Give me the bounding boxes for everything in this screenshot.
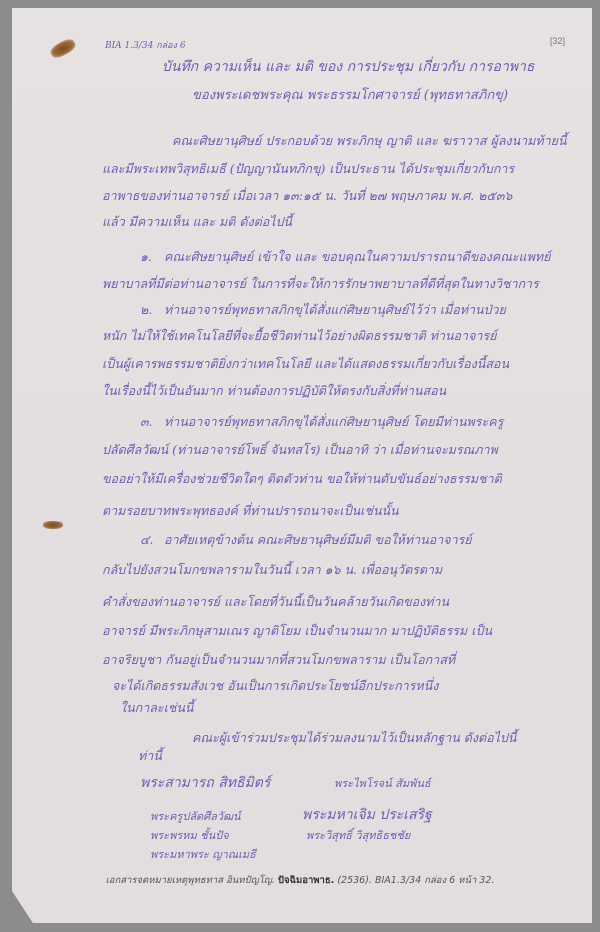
item-4-line: คำสั่งของท่านอาจารย์ และโดยที่วันนี้เป็น… [102,596,449,609]
intro-line: และมีพระเทพวิสุทธิเมธี (ปัญญานันทภิกขุ) … [102,163,514,176]
signature: พระวิสุทธิ์ วิสุทธิธชชัย [306,830,410,841]
item-2-line: ในเรื่องนี้ไว้เป็นอันมาก ท่านต้องการปฏิบ… [102,385,446,398]
item-1-line: พยาบาลที่มีต่อท่านอาจารย์ ในการที่จะให้ก… [102,278,539,291]
item-4-line: จะได้เกิดธรรมสังเวช อันเป็นการเกิดประโยช… [112,680,438,693]
intro-line: แล้ว มีความเห็น และ มติ ดังต่อไปนี้ [102,216,292,229]
caption-prefix: เอกสารจดหมายเหตุพุทธทาส อินทปัญโญ. [106,875,275,886]
archive-reference: BIA 1.3/34 กล่อง 6 [105,42,186,51]
signature: พระมหาพระ ญาณเมธี [150,849,256,860]
signature: พระไพโรจน์ สัมพันธ์ [334,778,431,789]
document-page: BIA 1.3/34 กล่อง 6 [32] บันทึก ความเห็น … [12,8,592,923]
signature: พระมหาเจิม ประเสริฐ [302,808,432,822]
item-2-number: ๒. [140,304,152,317]
item-4-line: อาจริยบูชา กันอยู่เป็นจำนวนมากที่สวนโมกข… [102,654,455,667]
closing-statement: คณะผู้เข้าร่วมประชุมได้ร่วมลงนามไว้เป็นห… [192,732,516,745]
item-3-line: ขออย่าให้มีเครื่องช่วยชีวิตใดๆ ติดตัวท่า… [102,473,502,486]
item-3-number: ๓. [140,416,153,429]
item-1-number: ๑. [140,251,152,264]
item-2-line: เป็นผู้เคารพธรรมชาติยิ่งกว่าเทคโนโลยี แล… [102,358,509,371]
item-3-line: ท่านอาจารย์พุทธทาสภิกขุได้สั่งแก่ศิษยานุ… [164,416,503,429]
item-3-line: ตามรอยบาทพระพุทธองค์ ที่ท่านปรารถนาจะเป็… [102,505,399,518]
page-tag: [32] [550,37,565,46]
intro-line: อาพาธของท่านอาจารย์ เมื่อเวลา ๑๓:๑๕ น. ว… [102,190,512,203]
item-4-line: กลับไปยังสวนโมกขพลารามในวันนี้ เวลา ๑๖ น… [102,564,442,577]
item-4-line: ในกาละเช่นนี้ [120,702,193,715]
caption-title: ปัจฉิมอาพาธ. [278,875,334,886]
caption-suffix: (2536). BIA1.3/34 กล่อง 6 หน้า 32. [337,875,494,886]
signature: พระพรหม ชั้นปัจ [150,830,229,841]
item-4-line: อาศัยเหตุข้างต้น คณะศิษยานุศิษย์มีมติ ขอ… [164,534,472,547]
item-4-line: อาจารย์ มีพระภิกษุสามเณร ญาติโยม เป็นจำน… [102,625,492,638]
item-4-number: ๔. [140,534,153,547]
signature: พระครูปลัดศีลวัฒน์ [150,811,241,822]
title-line-2: ของพระเดชพระคุณ พระธรรมโกศาจารย์ (พุทธทา… [192,89,508,102]
archive-caption: เอกสารจดหมายเหตุพุทธทาส อินทปัญโญ. ปัจฉิ… [0,873,600,888]
closing-prefix: ท่านี้ [138,750,162,763]
item-1-line: คณะศิษยานุศิษย์ เข้าใจ และ ขอบคุณในความป… [164,251,550,264]
title-line-1: บันทึก ความเห็น และ มติ ของ การประชุม เก… [162,60,534,74]
rust-stain-staple [48,37,77,61]
signature: พระสามารถ สิทธิมิตร์ [140,776,270,790]
rust-stain-clip [43,521,63,529]
item-2-line: หนัก ไม่ให้ใช้เทคโนโลยีที่จะยื้อชีวิตท่า… [102,330,496,343]
item-2-line: ท่านอาจารย์พุทธทาสภิกขุได้สั่งแก่ศิษยานุ… [164,304,506,317]
intro-line: คณะศิษยานุศิษย์ ประกอบด้วย พระภิกษุ ญาติ… [172,135,567,148]
item-3-line: ปลัดศีลวัฒน์ (ท่านอาจารย์โพธิ์ จันทสโร) … [102,444,498,457]
